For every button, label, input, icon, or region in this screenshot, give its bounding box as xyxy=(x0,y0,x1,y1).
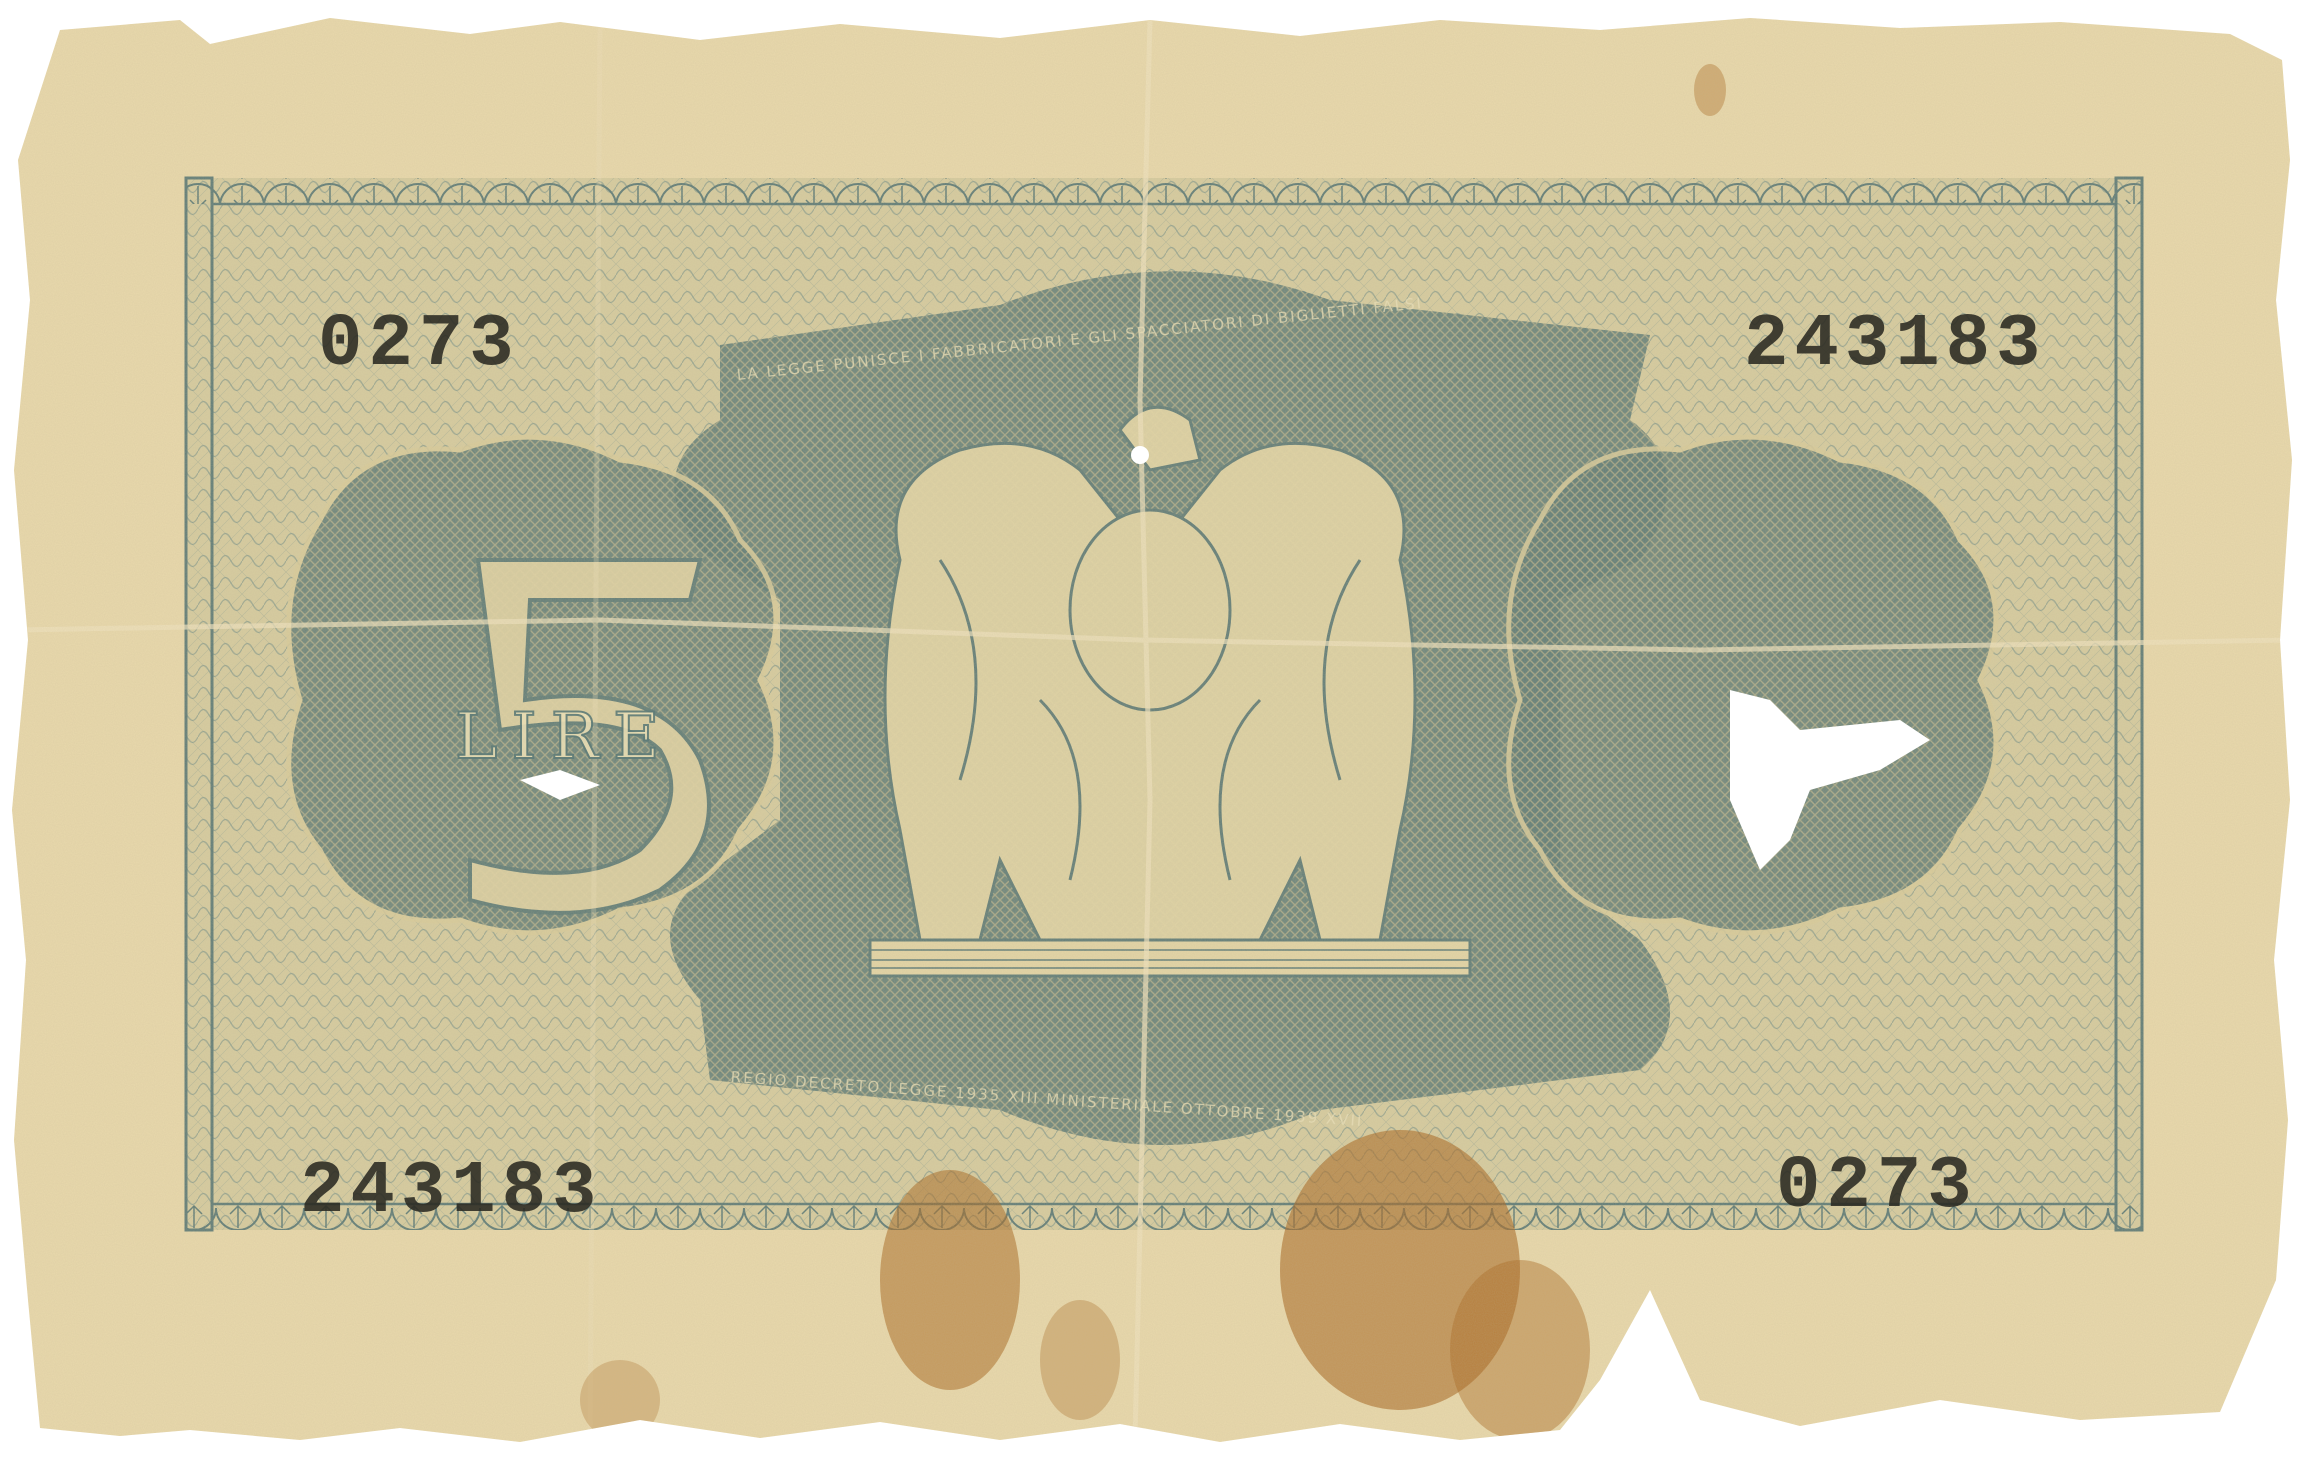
serial-bottom-right: 0273 xyxy=(1776,1150,1978,1224)
denomination-unit: LIRE xyxy=(455,700,674,774)
pin-hole xyxy=(1131,446,1149,464)
serial-bottom-left: 243183 xyxy=(300,1155,602,1229)
serial-top-left: 0273 xyxy=(318,308,520,382)
serial-top-right: 243183 xyxy=(1744,308,2046,382)
banknote xyxy=(0,0,2304,1464)
